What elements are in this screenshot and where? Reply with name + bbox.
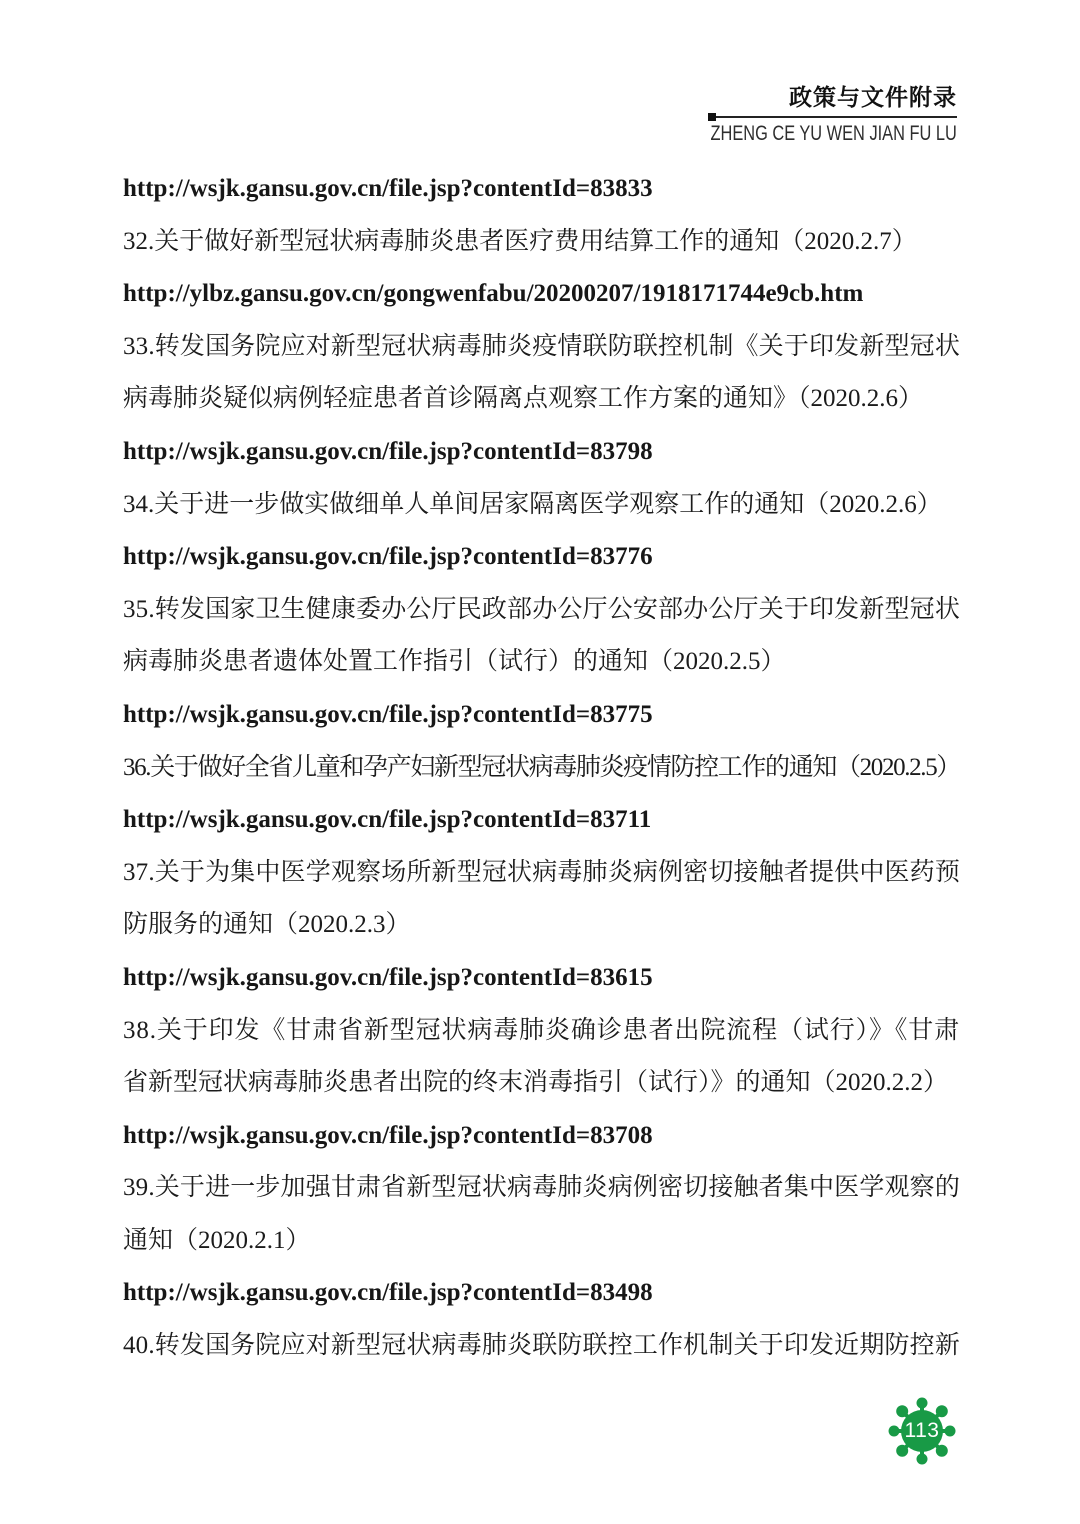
line-text: 省新型冠状病毒肺炎患者出院的终末消毒指引（试行）》的通知（2020.2.2） <box>123 1057 948 1110</box>
document-text-line: 省新型冠状病毒肺炎患者出院的终末消毒指引（试行）》的通知（2020.2.2） <box>123 1057 960 1110</box>
document-url-line: http://ylbz.gansu.gov.cn/gongwenfabu/202… <box>123 268 960 321</box>
document-text-line: 35.转发国家卫生健康委办公厅民政部办公厅公安部办公厅关于印发新型冠状 <box>123 584 960 637</box>
document-text-line: 40.转发国务院应对新型冠状病毒肺炎联防联控工作机制关于印发近期防控新 <box>123 1320 960 1373</box>
line-text: 通知（2020.2.1） <box>123 1215 311 1268</box>
line-text: http://wsjk.gansu.gov.cn/file.jsp?conten… <box>123 794 651 847</box>
document-url-line: http://wsjk.gansu.gov.cn/file.jsp?conten… <box>123 531 960 584</box>
document-text-line: 通知（2020.2.1） <box>123 1215 960 1268</box>
document-url-line: http://wsjk.gansu.gov.cn/file.jsp?conten… <box>123 952 960 1005</box>
line-text: 36.关于做好全省儿童和孕产妇新型冠状病毒肺炎疫情防控工作的通知（2020.2.… <box>123 742 960 795</box>
line-text: http://wsjk.gansu.gov.cn/file.jsp?conten… <box>123 531 653 584</box>
document-url-line: http://wsjk.gansu.gov.cn/file.jsp?conten… <box>123 163 960 216</box>
header-rule <box>708 116 957 118</box>
line-text: http://wsjk.gansu.gov.cn/file.jsp?conten… <box>123 689 653 742</box>
document-text-line: 32.关于做好新型冠状病毒肺炎患者医疗费用结算工作的通知（2020.2.7） <box>123 216 960 269</box>
line-text: 40.转发国务院应对新型冠状病毒肺炎联防联控工作机制关于印发近期防控新 <box>123 1320 960 1373</box>
line-text: 33.转发国务院应对新型冠状病毒肺炎疫情联防联控机制《关于印发新型冠状 <box>123 321 960 374</box>
line-text: 34.关于进一步做实做细单人单间居家隔离医学观察工作的通知（2020.2.6） <box>123 479 942 532</box>
page-number-badge: 113 <box>887 1396 957 1466</box>
header-rule-square <box>708 113 716 121</box>
line-text: 病毒肺炎患者遗体处置工作指引（试行）的通知（2020.2.5） <box>123 636 786 689</box>
header-title: 政策与文件附录 <box>641 84 957 110</box>
document-body: http://wsjk.gansu.gov.cn/file.jsp?conten… <box>123 163 960 1373</box>
document-text-line: 36.关于做好全省儿童和孕产妇新型冠状病毒肺炎疫情防控工作的通知（2020.2.… <box>123 742 960 795</box>
document-text-line: 38.关于印发《甘肃省新型冠状病毒肺炎确诊患者出院流程（试行）》《甘肃 <box>123 1005 960 1058</box>
document-text-line: 防服务的通知（2020.2.3） <box>123 899 960 952</box>
page-number: 113 <box>887 1396 957 1466</box>
header-subtitle: ZHENG CE YU WEN JIAN FU LU <box>711 122 957 146</box>
document-url-line: http://wsjk.gansu.gov.cn/file.jsp?conten… <box>123 794 960 847</box>
line-text: 39.关于进一步加强甘肃省新型冠状病毒肺炎病例密切接触者集中医学观察的 <box>123 1162 960 1215</box>
document-text-line: 33.转发国务院应对新型冠状病毒肺炎疫情联防联控机制《关于印发新型冠状 <box>123 321 960 374</box>
line-text: http://wsjk.gansu.gov.cn/file.jsp?conten… <box>123 426 653 479</box>
document-url-line: http://wsjk.gansu.gov.cn/file.jsp?conten… <box>123 426 960 479</box>
line-text: http://wsjk.gansu.gov.cn/file.jsp?conten… <box>123 1267 653 1320</box>
line-text: 38.关于印发《甘肃省新型冠状病毒肺炎确诊患者出院流程（试行）》《甘肃 <box>123 1005 960 1058</box>
document-url-line: http://wsjk.gansu.gov.cn/file.jsp?conten… <box>123 1110 960 1163</box>
line-text: http://wsjk.gansu.gov.cn/file.jsp?conten… <box>123 1110 653 1163</box>
line-text: 37.关于为集中医学观察场所新型冠状病毒肺炎病例密切接触者提供中医药预 <box>123 847 960 900</box>
document-page: 政策与文件附录 ZHENG CE YU WEN JIAN FU LU http:… <box>0 0 1080 1524</box>
line-text: 35.转发国家卫生健康委办公厅民政部办公厅公安部办公厅关于印发新型冠状 <box>123 584 960 637</box>
line-text: http://wsjk.gansu.gov.cn/file.jsp?conten… <box>123 952 653 1005</box>
document-url-line: http://wsjk.gansu.gov.cn/file.jsp?conten… <box>123 689 960 742</box>
document-text-line: 病毒肺炎患者遗体处置工作指引（试行）的通知（2020.2.5） <box>123 636 960 689</box>
line-text: 病毒肺炎疑似病例轻症患者首诊隔离点观察工作方案的通知》（2020.2.6） <box>123 373 923 426</box>
document-text-line: 37.关于为集中医学观察场所新型冠状病毒肺炎病例密切接触者提供中医药预 <box>123 847 960 900</box>
line-text: http://ylbz.gansu.gov.cn/gongwenfabu/202… <box>123 268 863 321</box>
document-text-line: 39.关于进一步加强甘肃省新型冠状病毒肺炎病例密切接触者集中医学观察的 <box>123 1162 960 1215</box>
line-text: http://wsjk.gansu.gov.cn/file.jsp?conten… <box>123 163 653 216</box>
line-text: 防服务的通知（2020.2.3） <box>123 899 411 952</box>
page-header: 政策与文件附录 ZHENG CE YU WEN JIAN FU LU <box>641 84 957 146</box>
document-text-line: 34.关于进一步做实做细单人单间居家隔离医学观察工作的通知（2020.2.6） <box>123 479 960 532</box>
line-text: 32.关于做好新型冠状病毒肺炎患者医疗费用结算工作的通知（2020.2.7） <box>123 216 917 269</box>
document-text-line: 病毒肺炎疑似病例轻症患者首诊隔离点观察工作方案的通知》（2020.2.6） <box>123 373 960 426</box>
document-url-line: http://wsjk.gansu.gov.cn/file.jsp?conten… <box>123 1267 960 1320</box>
